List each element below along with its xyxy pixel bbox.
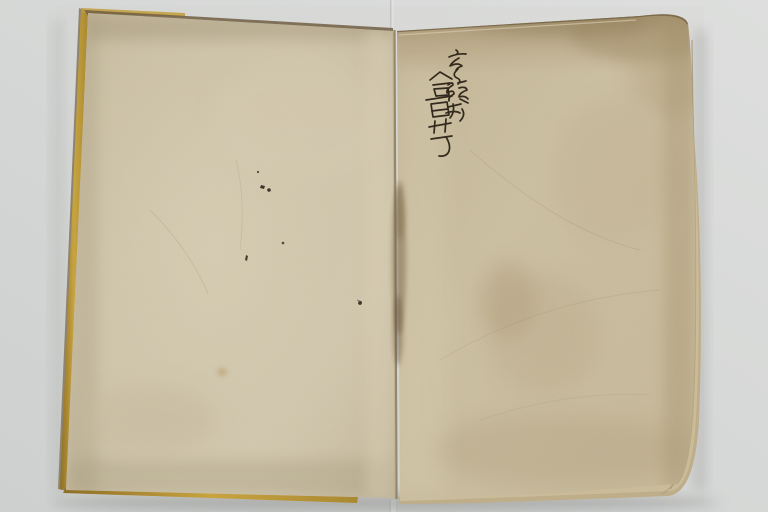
paper-grain [56, 6, 704, 506]
photograph: Photograph of an antique Japanese manusc… [0, 0, 768, 512]
book: partially legible cursive; approximate t… [56, 6, 710, 506]
